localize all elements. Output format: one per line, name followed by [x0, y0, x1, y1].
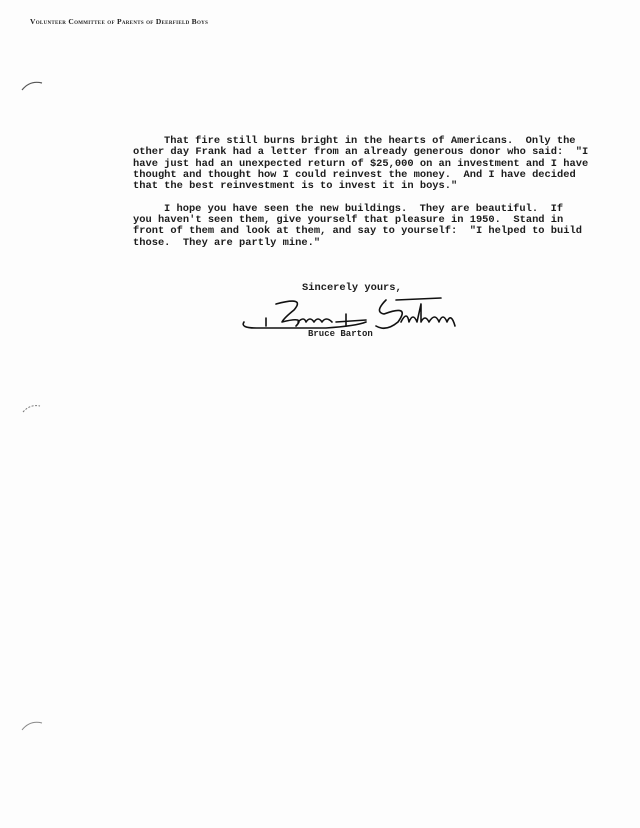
- line: have just had an unexpected return of $2…: [133, 158, 588, 170]
- punch-mark-icon: [20, 400, 46, 414]
- letter-body: That fire still burns bright in the hear…: [133, 136, 573, 249]
- line: that the best reinvestment is to invest …: [133, 180, 457, 192]
- line: thought and thought how I could reinvest…: [133, 169, 576, 181]
- letterhead: Volunteer Committee of Parents of Deerfi…: [30, 17, 208, 26]
- signer-name: Bruce Barton: [308, 329, 373, 339]
- paragraph-2: I hope you have seen the new buildings. …: [133, 204, 573, 249]
- line: other day Frank had a letter from an alr…: [133, 146, 588, 158]
- line: those. They are partly mine.": [133, 237, 320, 249]
- line: That fire still burns bright in the hear…: [133, 135, 576, 147]
- letter-page: Volunteer Committee of Parents of Deerfi…: [0, 0, 640, 828]
- punch-mark-icon: [20, 78, 46, 92]
- line: I hope you have seen the new buildings. …: [133, 203, 563, 215]
- line: you haven't seen them, give yourself tha…: [133, 214, 563, 226]
- punch-mark-icon: [20, 718, 46, 732]
- paragraph-1: That fire still burns bright in the hear…: [133, 136, 573, 192]
- line: front of them and look at them, and say …: [133, 225, 582, 237]
